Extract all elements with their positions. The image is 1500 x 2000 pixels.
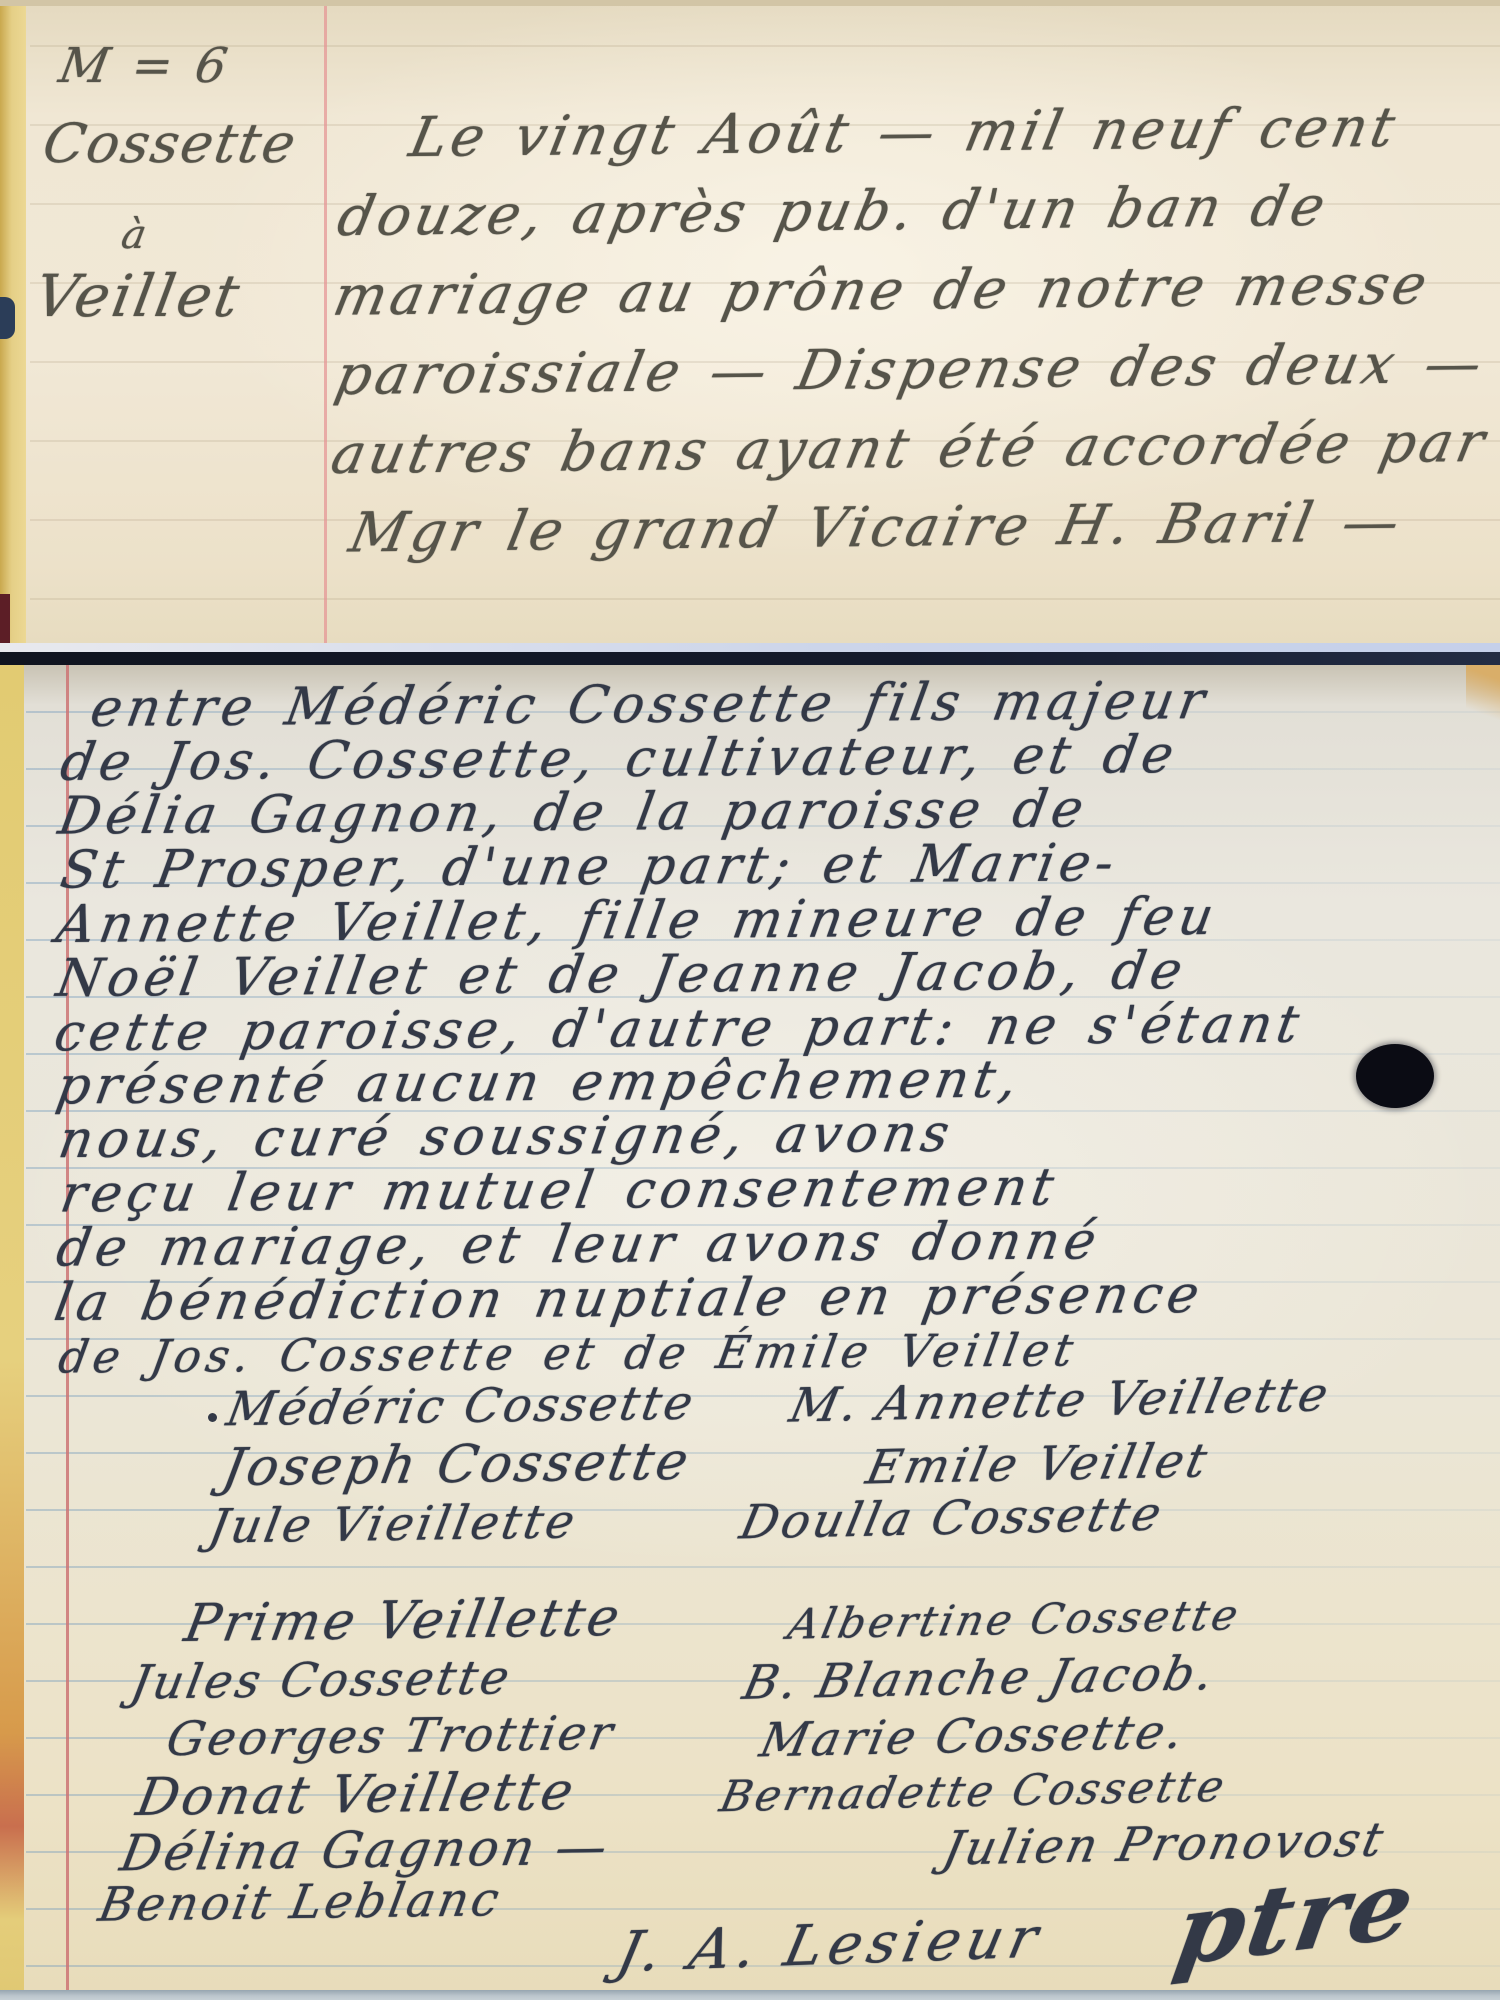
- margin-rule-line: [324, 0, 327, 643]
- top-page-scan: M = 6 Cossette à Veillet Le vingt Août —…: [0, 0, 1500, 643]
- signature-left: Prime Veillette: [180, 1588, 627, 1654]
- signature-right: B. Blanche Jacob.: [738, 1646, 1221, 1711]
- signature-left: Jule Vieillette: [205, 1494, 582, 1554]
- scan-edge-mark: [0, 594, 10, 643]
- scan-edge-shadow: [0, 1990, 1500, 2000]
- page-edge-strip: [0, 665, 24, 2000]
- ruled-line: [30, 45, 1500, 47]
- bottom-page-scan: entre Médéric Cossette fils majeur de Jo…: [0, 665, 1500, 2000]
- signature-right: Albertine Cossette: [784, 1590, 1246, 1648]
- ruled-line: [26, 1566, 1500, 1568]
- signature-left: Benoit Leblanc: [95, 1872, 507, 1933]
- ink-dot: [208, 1413, 217, 1422]
- signature-right: Bernadette Cossette: [716, 1762, 1232, 1823]
- punch-hole-dot: [1356, 1044, 1434, 1108]
- officiant-signature: J. A. Lesieur: [611, 1906, 1049, 1986]
- page-separator: [0, 643, 1500, 665]
- register-line: douze, après pub. d'un ban de: [332, 174, 1334, 248]
- ink-blot-mark: [0, 297, 15, 339]
- margin-connector: à: [118, 212, 150, 258]
- margin-bride-name: Veillet: [30, 262, 247, 330]
- signature-left: Georges Trottier: [162, 1706, 619, 1767]
- register-line: mariage au prône de notre messe: [328, 252, 1436, 327]
- page-edge-shadow-bar: [0, 652, 1500, 665]
- signature-left: Jules Cossette: [127, 1650, 517, 1710]
- signature-right: Marie Cossette.: [755, 1705, 1191, 1769]
- margin-groom-name: Cossette: [38, 112, 302, 175]
- register-line: de Jos. Cossette et de Émile Veillet: [55, 1323, 1082, 1383]
- register-line: Le vingt Août — mil neuf cent: [404, 95, 1404, 169]
- signature-left: Délina Gagnon —: [116, 1818, 614, 1883]
- register-line: autres bans ayant été accordée par: [326, 410, 1494, 486]
- scan-corner-mark: [1466, 665, 1500, 727]
- scan-edge-shadow: [0, 0, 1500, 6]
- register-line: paroissiale — Dispense des deux —: [330, 331, 1491, 407]
- signature-left: Joseph Cossette: [218, 1432, 696, 1498]
- page-edge-highlight: [0, 643, 1500, 652]
- signature-right: Doulla Cossette: [735, 1487, 1169, 1551]
- signature-right: M. Annette Veillette: [785, 1367, 1336, 1433]
- ruled-line: [30, 598, 1500, 600]
- register-line: Mgr le grand Vicaire H. Baril —: [344, 490, 1408, 565]
- register-scan: M = 6 Cossette à Veillet Le vingt Août —…: [0, 0, 1500, 2000]
- signature-left: Médéric Cossette: [222, 1376, 700, 1438]
- margin-entry-number: M = 6: [55, 38, 235, 94]
